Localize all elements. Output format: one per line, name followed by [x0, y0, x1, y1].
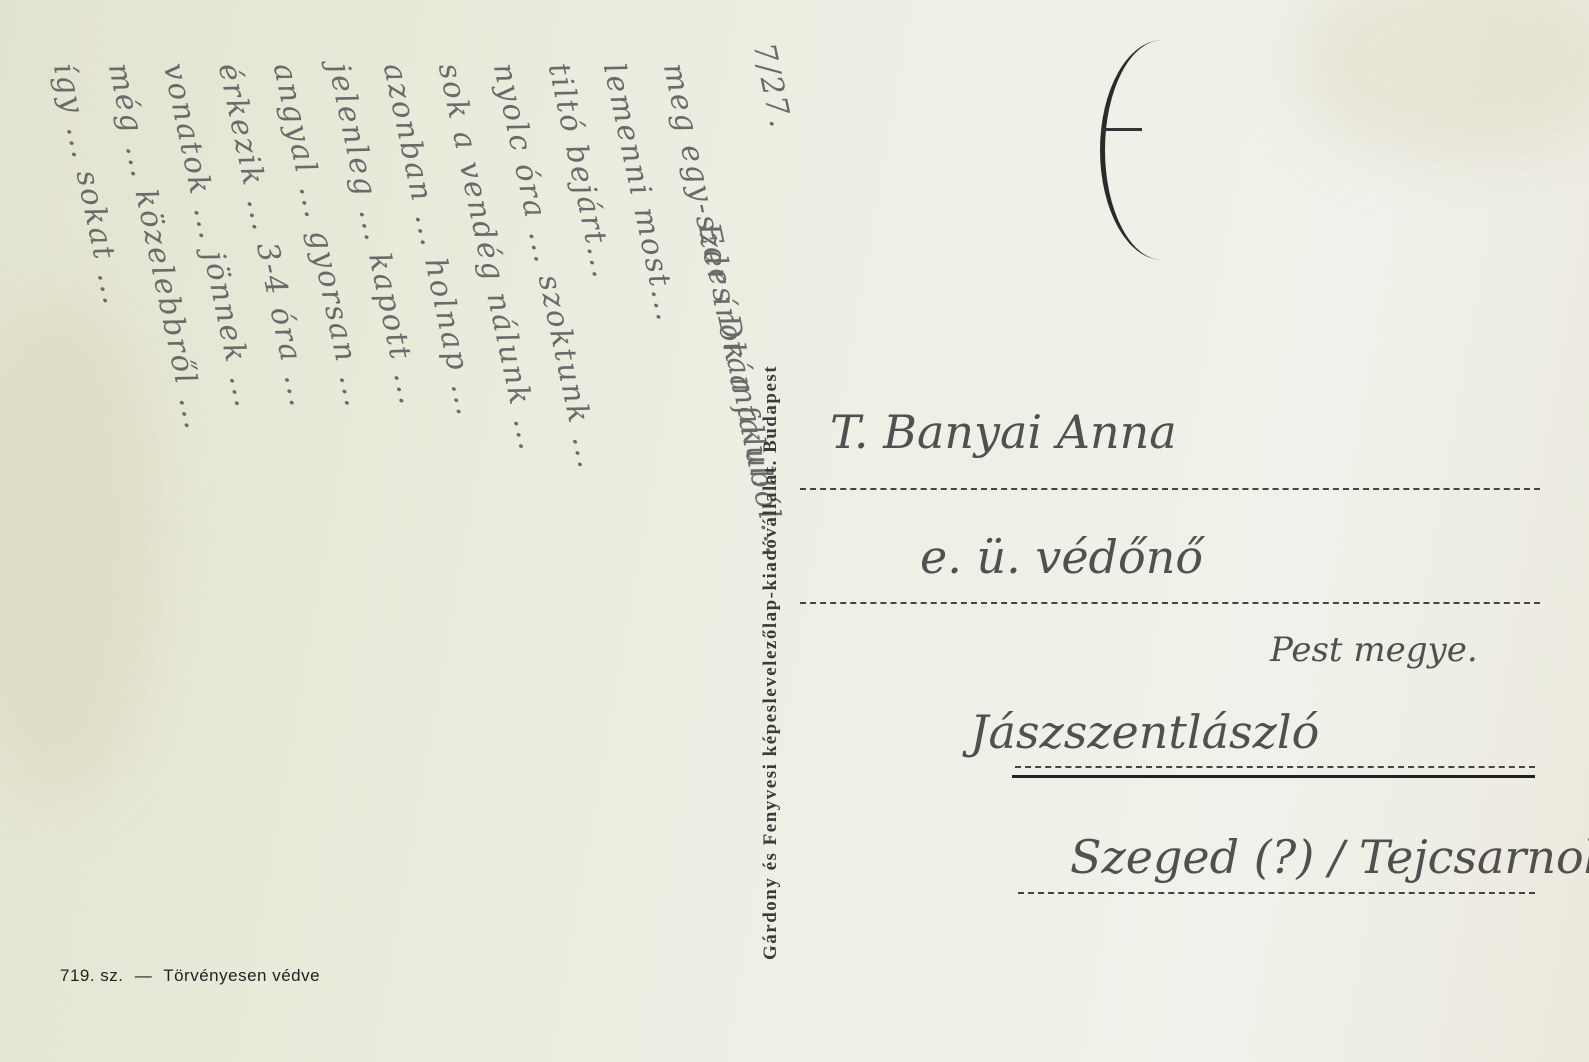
address-underline [1012, 775, 1535, 778]
address-dotted-line [800, 488, 1540, 490]
publisher-imprint: Gárdony és Fenyvesi képeslevelezőlap-kia… [760, 365, 782, 960]
address-town: Jászszentlászló [970, 705, 1319, 759]
series-dash: — [135, 966, 153, 985]
series-number: 719. sz. [60, 966, 124, 985]
address-dotted-line [800, 602, 1540, 604]
address-county: Pest megye. [1270, 630, 1478, 670]
paper-stain [1300, 0, 1589, 160]
paper-stain [0, 300, 160, 800]
address-title: e. ü. védőnő [920, 530, 1203, 584]
address-recipient: T. Banyai Anna [830, 405, 1177, 459]
series-label: 719. sz. — Törvényesen védve [60, 966, 320, 986]
postmark-tick [1102, 128, 1142, 131]
copyright-note: Törvényesen védve [163, 966, 320, 985]
address-dotted-line [1018, 892, 1535, 894]
message-date: 7/27. [746, 40, 798, 132]
address-extra: Szeged (?) / Tejcsarnok [1070, 830, 1589, 884]
postcard-back: 7/27. Edes Drámakul! meg egy-szer írok a… [0, 0, 1589, 1062]
address-dotted-line [1015, 766, 1535, 768]
postmark-arc [1100, 40, 1225, 260]
